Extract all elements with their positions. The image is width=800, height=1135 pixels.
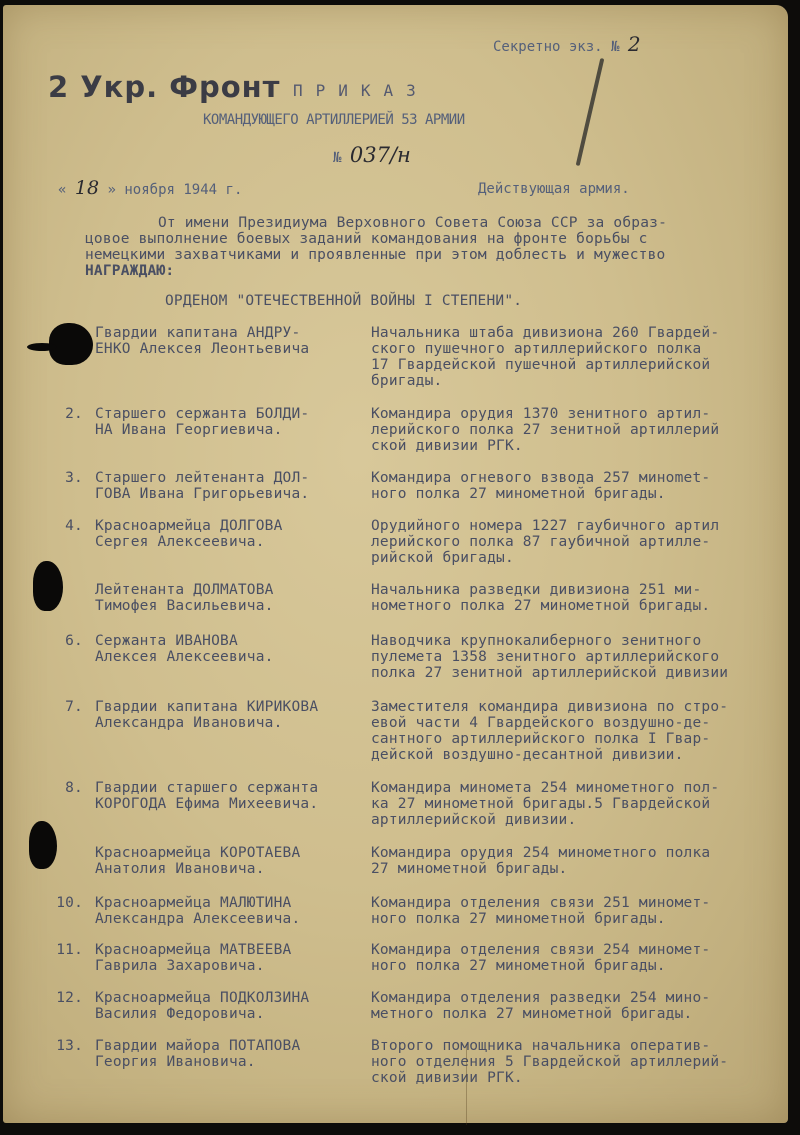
recipient-position: Начальника штаба дивизиона 260 Гвардей- … (371, 325, 719, 389)
punched-hole-tear (27, 343, 57, 351)
name-line: Александра Алексеевича. (95, 911, 300, 927)
desc-line: ного полка 27 минометной бригады. (371, 911, 710, 927)
date-month-year: ноября 1944 г. (124, 182, 242, 198)
desc-line: бригады. (371, 373, 719, 389)
recipient-position: Командира отделения связи 254 миномет- н… (371, 942, 710, 974)
date-quote-close: » (108, 182, 116, 198)
desc-line: Второго помощника начальника оператив- (371, 1038, 728, 1054)
recipient-position: Командира орудия 1370 зенитного артил- л… (371, 406, 719, 454)
order-number: № 037/н (333, 143, 411, 167)
name-line: КОРОГОДА Ефима Михеевича. (95, 796, 318, 812)
name-line: Алексея Алексеевича. (95, 649, 274, 665)
desc-line: нометного полка 27 минометной бригады. (371, 598, 710, 614)
name-line: Красноармейца ДОЛГОВА (95, 518, 283, 534)
desc-line: лерийского полка 87 гаубичной артилле- (371, 534, 719, 550)
desc-line: полка 27 зенитной артиллерийской дивизии (371, 665, 728, 681)
desc-line: ской дивизии РГК. (371, 438, 719, 454)
punched-hole (49, 323, 93, 365)
desc-line: метного полка 27 минометной бригады. (371, 1006, 710, 1022)
item-number: 6. (43, 633, 83, 649)
desc-line: Командира отделения разведки 254 мино- (371, 990, 710, 1006)
name-line: Красноармейца МАЛЮТИНА (95, 895, 300, 911)
recipient-position: Командира отделения разведки 254 мино- м… (371, 990, 710, 1022)
desc-line: ской дивизии РГК. (371, 1070, 728, 1086)
desc-line: Орудийного номера 1227 гаубичного артил (371, 518, 719, 534)
name-line: НА Ивана Георгиевича. (95, 422, 309, 438)
desc-line: евой части 4 Гвардейского воздушно-де- (371, 715, 728, 731)
desc-line: лерийского полка 27 зенитной артиллерий (371, 422, 719, 438)
desc-line: артиллерийской дивизии. (371, 812, 719, 828)
name-line: Анатолия Ивановича. (95, 861, 300, 877)
name-line: Гвардии капитана АНДРУ- (95, 325, 309, 341)
recipient-name: Гвардии старшего сержанта КОРОГОДА Ефима… (95, 780, 318, 812)
pencil-stroke-mark (576, 58, 605, 166)
recipient-position: Наводчика крупнокалиберного зенитного пу… (371, 633, 728, 681)
recipient-position: Начальника разведки дивизиона 251 ми- но… (371, 582, 710, 614)
recipient-position: Второго помощника начальника оператив- н… (371, 1038, 728, 1086)
name-line: Сержанта ИВАНОВА (95, 633, 274, 649)
desc-line: Заместителя командира дивизиона по стро- (371, 699, 728, 715)
preamble-line: цовое выполнение боевых заданий командов… (85, 231, 648, 247)
name-line: Старшего сержанта БОЛДИ- (95, 406, 309, 422)
recipient-name: Гвардии капитана АНДРУ- ЕНКО Алексея Лео… (95, 325, 309, 357)
recipient-name: Старшего лейтенанта ДОЛ- ГОВА Ивана Григ… (95, 470, 309, 502)
name-line: Александра Ивановича. (95, 715, 318, 731)
desc-line: Командира орудия 254 минометного полка (371, 845, 710, 861)
recipient-name: Лейтенанта ДОЛМАТОВА Тимофея Васильевича… (95, 582, 274, 614)
recipient-name: Красноармейца МАЛЮТИНА Александра Алексе… (95, 895, 300, 927)
desc-line: 27 минометной бригады. (371, 861, 710, 877)
desc-line: сантного артиллерийского полка I Гвар- (371, 731, 728, 747)
recipient-name: Красноармейца МАТВЕЕВА Гаврила Захарович… (95, 942, 291, 974)
recipient-position: Командира огневого взвода 257 минomet- н… (371, 470, 710, 502)
copy-number: 2 (628, 32, 641, 56)
recipient-position: Заместителя командира дивизиона по стро-… (371, 699, 728, 763)
item-number: 11. (43, 942, 83, 958)
name-line: Гвардии старшего сержанта (95, 780, 318, 796)
name-line: Лейтенанта ДОЛМАТОВА (95, 582, 274, 598)
item-number: 12. (43, 990, 83, 1006)
item-number: 8. (43, 780, 83, 796)
recipient-position: Командира миномета 254 минометного пол- … (371, 780, 719, 828)
document-title: ПРИКАЗ (293, 81, 429, 100)
recipient-name: Сержанта ИВАНОВА Алексея Алексеевича. (95, 633, 274, 665)
recipient-position: Командира отделения связи 251 миномет- н… (371, 895, 710, 927)
paper-fold-crease (466, 1045, 467, 1125)
recipient-position: Командира орудия 254 минометного полка 2… (371, 845, 710, 877)
desc-line: ка 27 минометной бригады.5 Гвардейской (371, 796, 719, 812)
recipient-name: Красноармейца ПОДКОЛЗИНА Василия Федоров… (95, 990, 309, 1022)
award-heading: ОРДЕНОМ "ОТЕЧЕСТВЕННОЙ ВОЙНЫ I СТЕПЕНИ". (165, 293, 522, 309)
date-quote-open: « (58, 182, 66, 198)
item-number: 2. (43, 406, 83, 422)
item-number: 10. (43, 895, 83, 911)
name-line: ЕНКО Алексея Леонтьевича (95, 341, 309, 357)
desc-line: пулемета 1358 зенитного артиллерийского (371, 649, 728, 665)
recipient-position: Орудийного номера 1227 гаубичного артил … (371, 518, 719, 566)
name-line: Красноармейца ПОДКОЛЗИНА (95, 990, 309, 1006)
desc-line: 17 Гвардейской пушечной артиллерийской (371, 357, 719, 373)
desc-line: ного полка 27 минометной бригады. (371, 486, 710, 502)
desc-line: Командира отделения связи 251 миномет- (371, 895, 710, 911)
desc-line: Командира миномета 254 минометного пол- (371, 780, 719, 796)
desc-line: Начальника штаба дивизиона 260 Гвардей- (371, 325, 719, 341)
location: Действующая армия. (478, 181, 630, 197)
front-stamp: 2 Укр. Фронт (48, 70, 280, 104)
document-sheet: Секретно экз. № 2 2 Укр. Фронт ПРИКАЗ КО… (3, 5, 788, 1123)
item-number: 3. (43, 470, 83, 486)
secret-mark-label: Секретно экз. № (493, 39, 619, 55)
desc-line: Командира орудия 1370 зенитного артил- (371, 406, 719, 422)
recipient-name: Гвардии майора ПОТАПОВА Георгия Иванович… (95, 1038, 300, 1070)
item-number: 4. (43, 518, 83, 534)
punched-hole (33, 561, 63, 611)
name-line: Красноармейца МАТВЕЕВА (95, 942, 291, 958)
desc-line: ного отделения 5 Гвардейской артиллерий- (371, 1054, 728, 1070)
document-subtitle: КОМАНДУЮЩЕГО АРТИЛЛЕРИЕЙ 53 АРМИИ (203, 112, 465, 128)
punched-hole (29, 821, 57, 869)
recipient-name: Красноармейца КОРОТАЕВА Анатолия Иванови… (95, 845, 300, 877)
desc-line: дейской воздушно-десантной дивизии. (371, 747, 728, 763)
name-line: Красноармейца КОРОТАЕВА (95, 845, 300, 861)
name-line: Гвардии майора ПОТАПОВА (95, 1038, 300, 1054)
name-line: Георгия Ивановича. (95, 1054, 300, 1070)
recipient-name: Красноармейца ДОЛГОВА Сергея Алексеевича… (95, 518, 283, 550)
name-line: Сергея Алексеевича. (95, 534, 283, 550)
item-number: 13. (43, 1038, 83, 1054)
order-number-value: 037/н (350, 143, 411, 167)
desc-line: Наводчика крупнокалиберного зенитного (371, 633, 728, 649)
recipient-name: Гвардии капитана КИРИКОВА Александра Ива… (95, 699, 318, 731)
name-line: Тимофея Васильевича. (95, 598, 274, 614)
name-line: ГОВА Ивана Григорьевича. (95, 486, 309, 502)
preamble-award-verb: НАГРАЖДАЮ: (85, 263, 174, 279)
name-line: Гаврила Захаровича. (95, 958, 291, 974)
secret-mark: Секретно экз. № 2 (493, 32, 641, 56)
desc-line: ского пушечного артиллерийского полка (371, 341, 719, 357)
date-day: 18 (75, 177, 99, 199)
name-line: Гвардии капитана КИРИКОВА (95, 699, 318, 715)
order-date: « 18 » ноября 1944 г. (58, 177, 242, 199)
desc-line: ного полка 27 минометной бригады. (371, 958, 710, 974)
preamble-line: От имени Президиума Верховного Совета Со… (158, 215, 667, 231)
desc-line: Командира огневого взвода 257 минomet- (371, 470, 710, 486)
order-number-prefix: № (333, 150, 341, 166)
desc-line: Начальника разведки дивизиона 251 ми- (371, 582, 710, 598)
desc-line: рийской бригады. (371, 550, 719, 566)
preamble-line: немецкими захватчиками и проявленные при… (85, 247, 665, 263)
recipient-name: Старшего сержанта БОЛДИ- НА Ивана Георги… (95, 406, 309, 438)
name-line: Старшего лейтенанта ДОЛ- (95, 470, 309, 486)
item-number: 7. (43, 699, 83, 715)
name-line: Василия Федоровича. (95, 1006, 309, 1022)
desc-line: Командира отделения связи 254 миномет- (371, 942, 710, 958)
